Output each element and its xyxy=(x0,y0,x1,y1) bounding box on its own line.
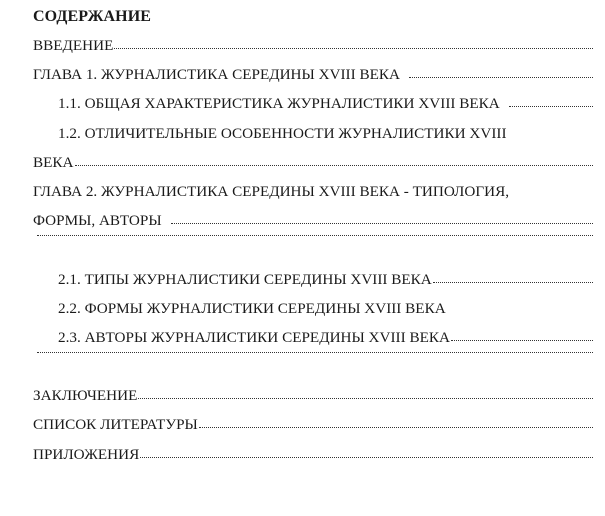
dot-leader xyxy=(75,164,593,166)
dot-leader xyxy=(451,339,593,341)
toc-leader-line xyxy=(33,352,593,381)
toc-entry-label: ЗАКЛЮЧЕНИЕ xyxy=(33,381,137,410)
toc-entry-introduction[interactable]: ВВЕДЕНИЕ xyxy=(33,31,593,60)
toc-entry-label: ГЛАВА 1. ЖУРНАЛИСТИКА СЕРЕДИНЫ XVIII ВЕК… xyxy=(33,60,408,89)
dot-leader xyxy=(409,76,593,78)
dot-leader xyxy=(199,426,593,428)
toc-entry-chapter-2-continued[interactable]: ФОРМЫ, АВТОРЫ xyxy=(33,206,593,235)
toc-entry-bibliography[interactable]: СПИСОК ЛИТЕРАТУРЫ xyxy=(33,410,593,439)
toc-entry-section-2-1[interactable]: 2.1. ТИПЫ ЖУРНАЛИСТИКИ СЕРЕДИНЫ XVIII ВЕ… xyxy=(33,265,593,294)
dot-leader xyxy=(140,456,593,458)
dot-leader xyxy=(138,397,593,399)
toc-entry-label: ВВЕДЕНИЕ xyxy=(33,31,113,60)
toc-entry-section-1-2[interactable]: 1.2. ОТЛИЧИТЕЛЬНЫЕ ОСОБЕННОСТИ ЖУРНАЛИСТ… xyxy=(33,119,593,148)
toc-entry-label: ПРИЛОЖЕНИЯ xyxy=(33,440,139,469)
toc-entry-conclusion[interactable]: ЗАКЛЮЧЕНИЕ xyxy=(33,381,593,410)
toc-entry-label: ВЕКА xyxy=(33,148,74,177)
toc-entry-label: ФОРМЫ, АВТОРЫ xyxy=(33,206,170,235)
toc-entry-label: 1.2. ОТЛИЧИТЕЛЬНЫЕ ОСОБЕННОСТИ ЖУРНАЛИСТ… xyxy=(58,119,507,148)
toc-entry-label: 1.1. ОБЩАЯ ХАРАКТЕРИСТИКА ЖУРНАЛИСТИКИ X… xyxy=(58,89,508,118)
dot-leader xyxy=(433,281,593,283)
dot-leader xyxy=(37,351,593,353)
toc-entry-appendices[interactable]: ПРИЛОЖЕНИЯ xyxy=(33,440,593,469)
toc-entry-section-2-3[interactable]: 2.3. АВТОРЫ ЖУРНАЛИСТИКИ СЕРЕДИНЫ XVIII … xyxy=(33,323,593,352)
dot-leader xyxy=(37,234,593,236)
dot-leader xyxy=(171,222,593,224)
toc-entry-label: 2.2. ФОРМЫ ЖУРНАЛИСТИКИ СЕРЕДИНЫ XVIII В… xyxy=(58,294,446,323)
toc-leader-line xyxy=(33,235,593,264)
dot-leader xyxy=(114,47,593,49)
toc-entry-label: СПИСОК ЛИТЕРАТУРЫ xyxy=(33,410,198,439)
toc-entry-chapter-2[interactable]: ГЛАВА 2. ЖУРНАЛИСТИКА СЕРЕДИНЫ XVIII ВЕК… xyxy=(33,177,593,206)
toc-entry-section-1-2-continued[interactable]: ВЕКА xyxy=(33,148,593,177)
toc-entry-section-2-2[interactable]: 2.2. ФОРМЫ ЖУРНАЛИСТИКИ СЕРЕДИНЫ XVIII В… xyxy=(33,294,593,323)
toc-title: СОДЕРЖАНИЕ xyxy=(33,2,593,31)
toc-entry-section-1-1[interactable]: 1.1. ОБЩАЯ ХАРАКТЕРИСТИКА ЖУРНАЛИСТИКИ X… xyxy=(33,89,593,118)
table-of-contents: СОДЕРЖАНИЕ ВВЕДЕНИЕ ГЛАВА 1. ЖУРНАЛИСТИК… xyxy=(33,2,593,469)
toc-entry-label: 2.1. ТИПЫ ЖУРНАЛИСТИКИ СЕРЕДИНЫ XVIII ВЕ… xyxy=(58,265,432,294)
toc-entry-label: ГЛАВА 2. ЖУРНАЛИСТИКА СЕРЕДИНЫ XVIII ВЕК… xyxy=(33,177,509,206)
toc-entry-label: 2.3. АВТОРЫ ЖУРНАЛИСТИКИ СЕРЕДИНЫ XVIII … xyxy=(58,323,450,352)
dot-leader xyxy=(509,105,593,107)
toc-entry-chapter-1[interactable]: ГЛАВА 1. ЖУРНАЛИСТИКА СЕРЕДИНЫ XVIII ВЕК… xyxy=(33,60,593,89)
